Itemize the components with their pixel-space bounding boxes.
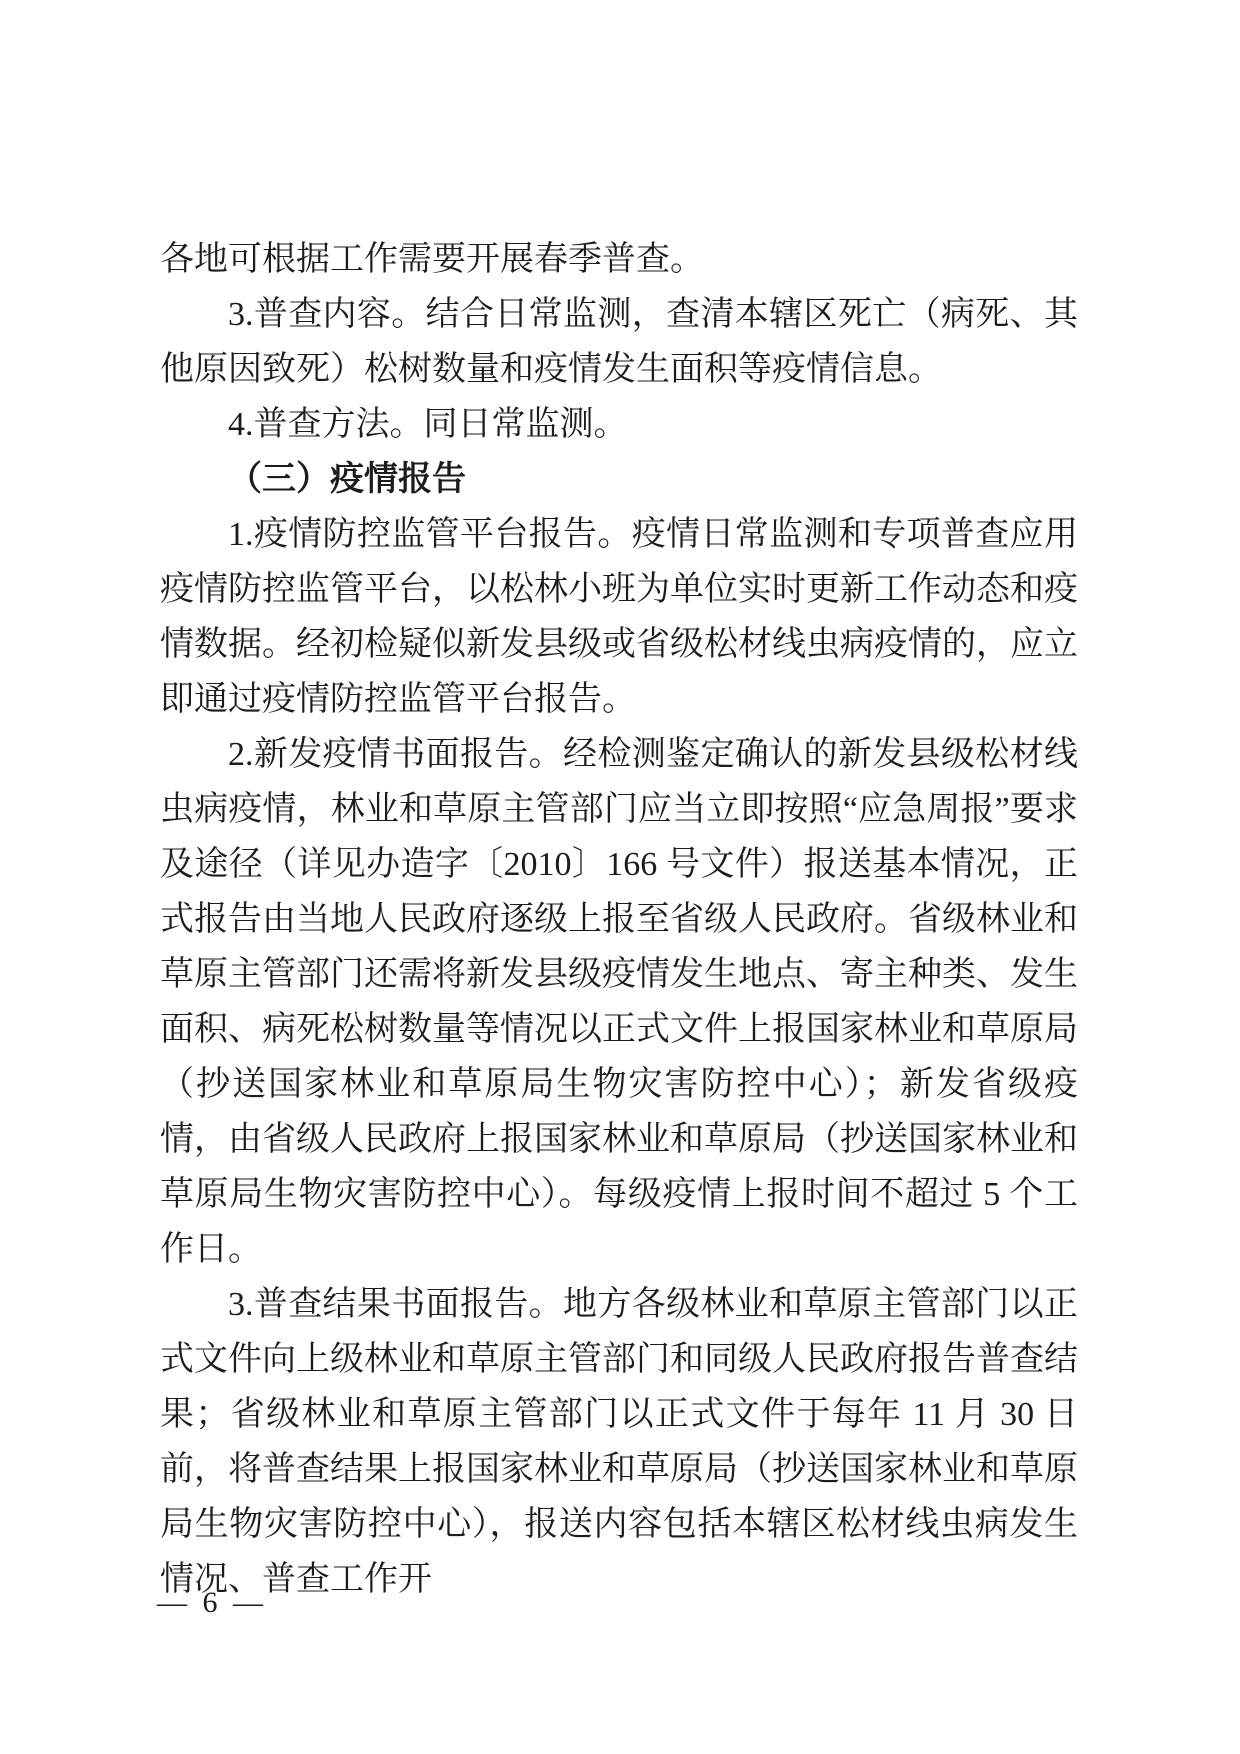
paragraph-survey-method: 4.普查方法。同日常监测。 <box>160 397 1078 452</box>
paragraph-survey-result-written-report: 3.普查结果书面报告。地方各级林业和草原主管部门以正式文件向上级林业和草原主管部… <box>160 1277 1078 1607</box>
paragraph-survey-content: 3.普查内容。结合日常监测，查清本辖区死亡（病死、其他原因致死）松树数量和疫情发… <box>160 287 1078 397</box>
paragraph-new-epidemic-written-report: 2.新发疫情书面报告。经检测鉴定确认的新发县级松材线虫病疫情，林业和草原主管部门… <box>160 727 1078 1277</box>
page-number: — 6 — <box>157 1586 267 1620</box>
paragraph-platform-report: 1.疫情防控监管平台报告。疫情日常监测和专项普查应用疫情防控监管平台，以松林小班… <box>160 507 1078 727</box>
document-body: 各地可根据工作需要开展春季普查。 3.普查内容。结合日常监测，查清本辖区死亡（病… <box>160 232 1078 1607</box>
document-page: 各地可根据工作需要开展春季普查。 3.普查内容。结合日常监测，查清本辖区死亡（病… <box>0 0 1240 1754</box>
paragraph-carryover: 各地可根据工作需要开展春季普查。 <box>160 232 1078 287</box>
section-heading-epidemic-report: （三）疫情报告 <box>160 452 1078 507</box>
